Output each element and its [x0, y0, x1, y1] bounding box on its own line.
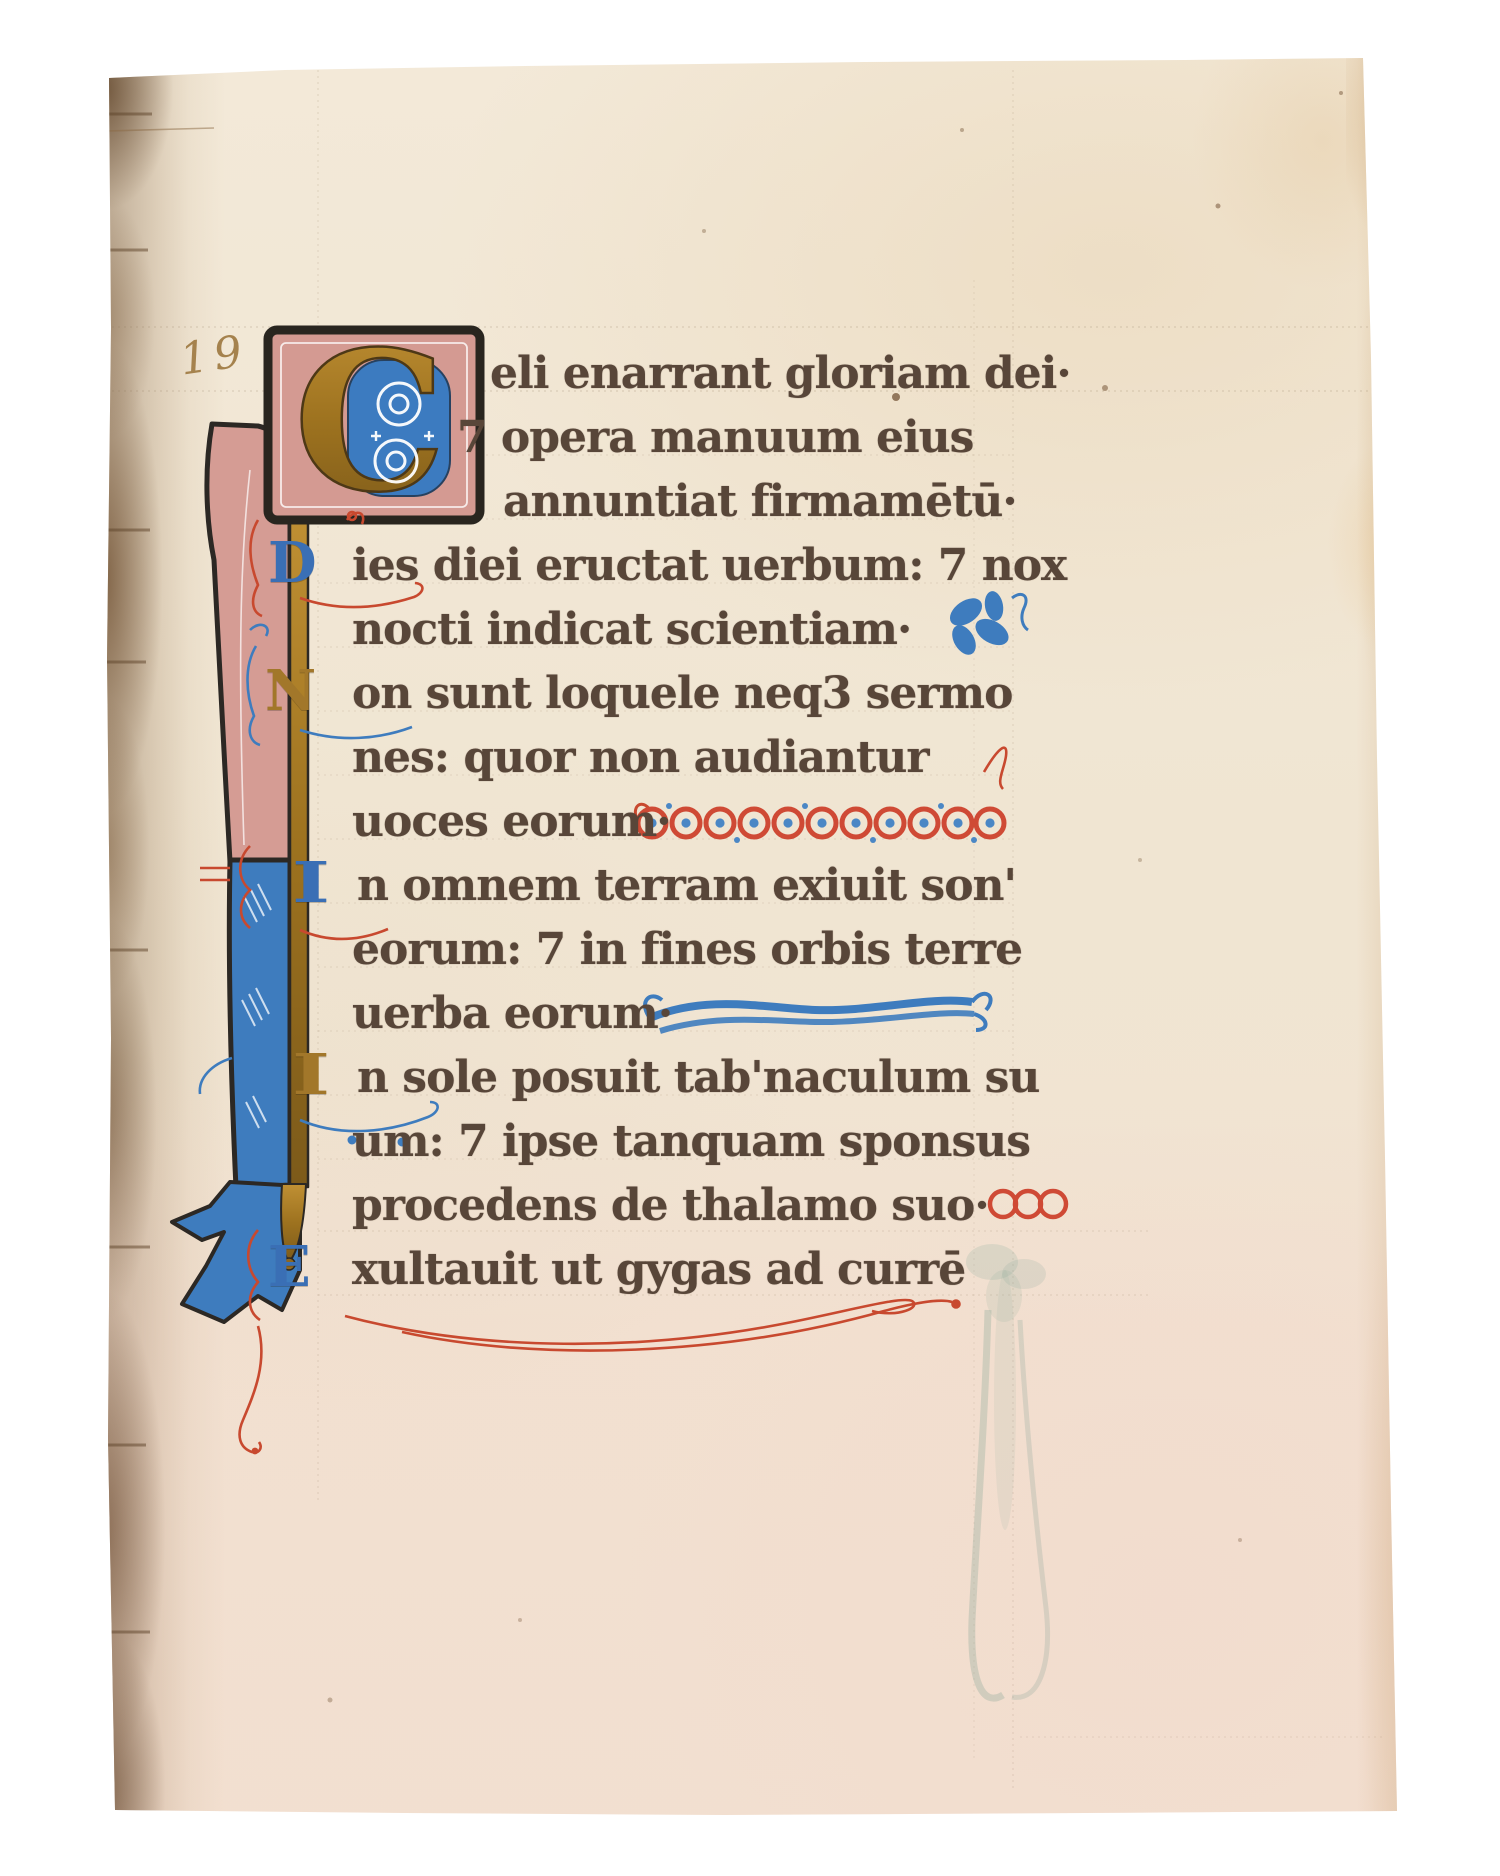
- manuscript-leaf: C: [105, 58, 1398, 1815]
- text-line-2: 7 opera manuum eius: [457, 413, 973, 467]
- red-curl-filler: [984, 748, 1006, 789]
- blue-sprig-filler: [945, 590, 1028, 659]
- text-line-13: um: 7 ipse tanquam sponsus: [352, 1117, 1030, 1171]
- text-line-7: nes: quor non audiantur: [352, 733, 929, 787]
- versal-initial-I: I: [292, 853, 330, 913]
- large-initial-C: C: [268, 310, 480, 535]
- text-line-10: eorum: 7 in fines orbis terre: [352, 925, 1022, 979]
- scratch-line: [108, 128, 214, 131]
- blue-bar-flourish-filler: [645, 994, 991, 1031]
- text-line-14: procedens de thalamo suo·: [352, 1181, 989, 1235]
- versal-initial-N: N: [265, 661, 316, 721]
- folio-number: 19: [177, 326, 251, 386]
- large-initial-letter: C: [294, 310, 447, 535]
- text-line-1: eli enarrant gloriam dei·: [490, 349, 1071, 403]
- text-line-3: annuntiat firmamētū·: [503, 477, 1017, 531]
- offset-stain: [966, 1244, 1048, 1698]
- text-line-11: uerba eorum·: [352, 989, 672, 1043]
- text-line-15: xultauit ut gygas ad currē: [352, 1245, 965, 1299]
- bar-red-flourish: [240, 1326, 262, 1452]
- text-line-6: on sunt loquele neq3 sermo: [352, 669, 1012, 723]
- versal-initial-D: D: [268, 533, 317, 593]
- text-line-4: ies diei eructat uerbum: 7 nox: [352, 541, 1066, 595]
- versal-initial-I2: I: [292, 1045, 330, 1105]
- red-circles-filler: [990, 1191, 1066, 1217]
- red-blue-chain-filler: [635, 803, 1004, 843]
- versal-initial-E: E: [268, 1237, 311, 1297]
- text-line-9: n omnem terram exiuit son': [357, 861, 1016, 915]
- sewing-slits: [107, 114, 152, 1632]
- text-line-12: n sole posuit tab'naculum su: [357, 1053, 1039, 1107]
- text-line-8: uoces eorum·: [352, 797, 671, 851]
- text-line-5: nocti indicat scientiam·: [352, 605, 911, 659]
- photo-background: C: [0, 0, 1500, 1876]
